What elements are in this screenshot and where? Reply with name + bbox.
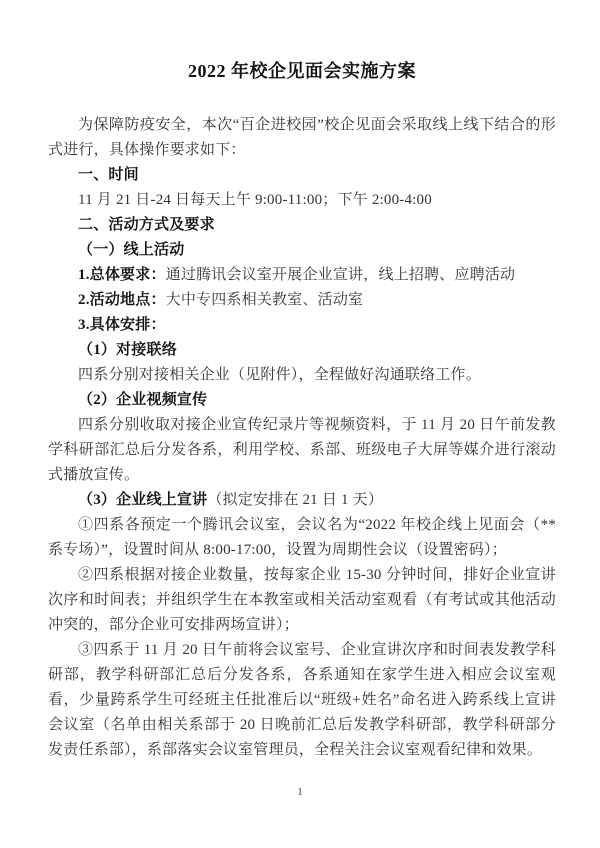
paragraph-run: 大中专四系相关教室、活动室	[166, 292, 364, 308]
paragraph: 二、活动方式及要求	[48, 213, 556, 238]
paragraph: 四系分别收取对接企业宣传纪录片等视频资料，于 11 月 20 日午前发教学科研部…	[48, 413, 556, 488]
paragraph-run-bold: 2.活动地点：	[78, 292, 166, 308]
paragraph: （一）线上活动	[48, 238, 556, 263]
paragraph: 四系分别对接相关企业（见附件），全程做好沟通联络工作。	[48, 363, 556, 388]
paragraph-run: 四系分别对接相关企业（见附件），全程做好沟通联络工作。	[78, 367, 481, 383]
paragraph: 一、时间	[48, 163, 556, 188]
paragraph-run: ③四系于 11 月 20 日午前将会议室号、企业宣讲次序和时间表发教学科研部，教…	[48, 642, 556, 758]
paragraph-run-bold: （一）线上活动	[78, 242, 184, 258]
paragraph: 1.总体要求：通过腾讯会议室开展企业宣讲，线上招聘、应聘活动	[48, 263, 556, 288]
paragraph: （2）企业视频宣传	[48, 388, 556, 413]
paragraph: （3）企业线上宣讲（拟定安排在 21 日 1 天）	[48, 488, 556, 513]
paragraph: ②四系根据对接企业数量，按每家企业 15-30 分钟时间，排好企业宣讲次序和时间…	[48, 563, 556, 638]
paragraph-run: 通过腾讯会议室开展企业宣讲，线上招聘、应聘活动	[166, 267, 516, 283]
paragraph-run-bold: （2）企业视频宣传	[78, 392, 207, 408]
paragraph: ①四系各预定一个腾讯会议室，会议名为“2022 年校企线上见面会（**系专场）”…	[48, 513, 556, 563]
paragraph-run: （拟定安排在 21 日 1 天）	[207, 492, 383, 508]
page-number: 1	[0, 787, 600, 798]
document-body: 为保障防疫安全，本次“百企进校园”校企见面会采取线上线下结合的形式进行，具体操作…	[48, 113, 556, 763]
paragraph-run-bold: 一、时间	[78, 167, 139, 183]
paragraph-run: ②四系根据对接企业数量，按每家企业 15-30 分钟时间，排好企业宣讲次序和时间…	[48, 567, 556, 633]
paragraph: （1）对接联络	[48, 338, 556, 363]
document-title: 2022 年校企见面会实施方案	[48, 57, 556, 85]
paragraph-run-bold: 3.具体安排：	[78, 317, 166, 333]
paragraph-run-bold: 二、活动方式及要求	[78, 217, 215, 233]
paragraph-run: ①四系各预定一个腾讯会议室，会议名为“2022 年校企线上见面会（**系专场）”…	[48, 517, 556, 558]
paragraph-run: 为保障防疫安全，本次“百企进校园”校企见面会采取线上线下结合的形式进行，具体操作…	[48, 117, 556, 158]
paragraph: 11 月 21 日-24 日每天上午 9:00-11:00；下午 2:00-4:…	[48, 188, 556, 213]
paragraph-run: 11 月 21 日-24 日每天上午 9:00-11:00；下午 2:00-4:…	[78, 192, 432, 208]
paragraph: ③四系于 11 月 20 日午前将会议室号、企业宣讲次序和时间表发教学科研部，教…	[48, 638, 556, 763]
paragraph-run-bold: （1）对接联络	[78, 342, 177, 358]
paragraph: 2.活动地点：大中专四系相关教室、活动室	[48, 288, 556, 313]
document-page: 2022 年校企见面会实施方案 为保障防疫安全，本次“百企进校园”校企见面会采取…	[0, 0, 600, 848]
paragraph: 为保障防疫安全，本次“百企进校园”校企见面会采取线上线下结合的形式进行，具体操作…	[48, 113, 556, 163]
paragraph: 3.具体安排：	[48, 313, 556, 338]
paragraph-run: 四系分别收取对接企业宣传纪录片等视频资料，于 11 月 20 日午前发教学科研部…	[48, 417, 556, 483]
paragraph-run-bold: （3）企业线上宣讲	[78, 492, 207, 508]
paragraph-run-bold: 1.总体要求：	[78, 267, 166, 283]
